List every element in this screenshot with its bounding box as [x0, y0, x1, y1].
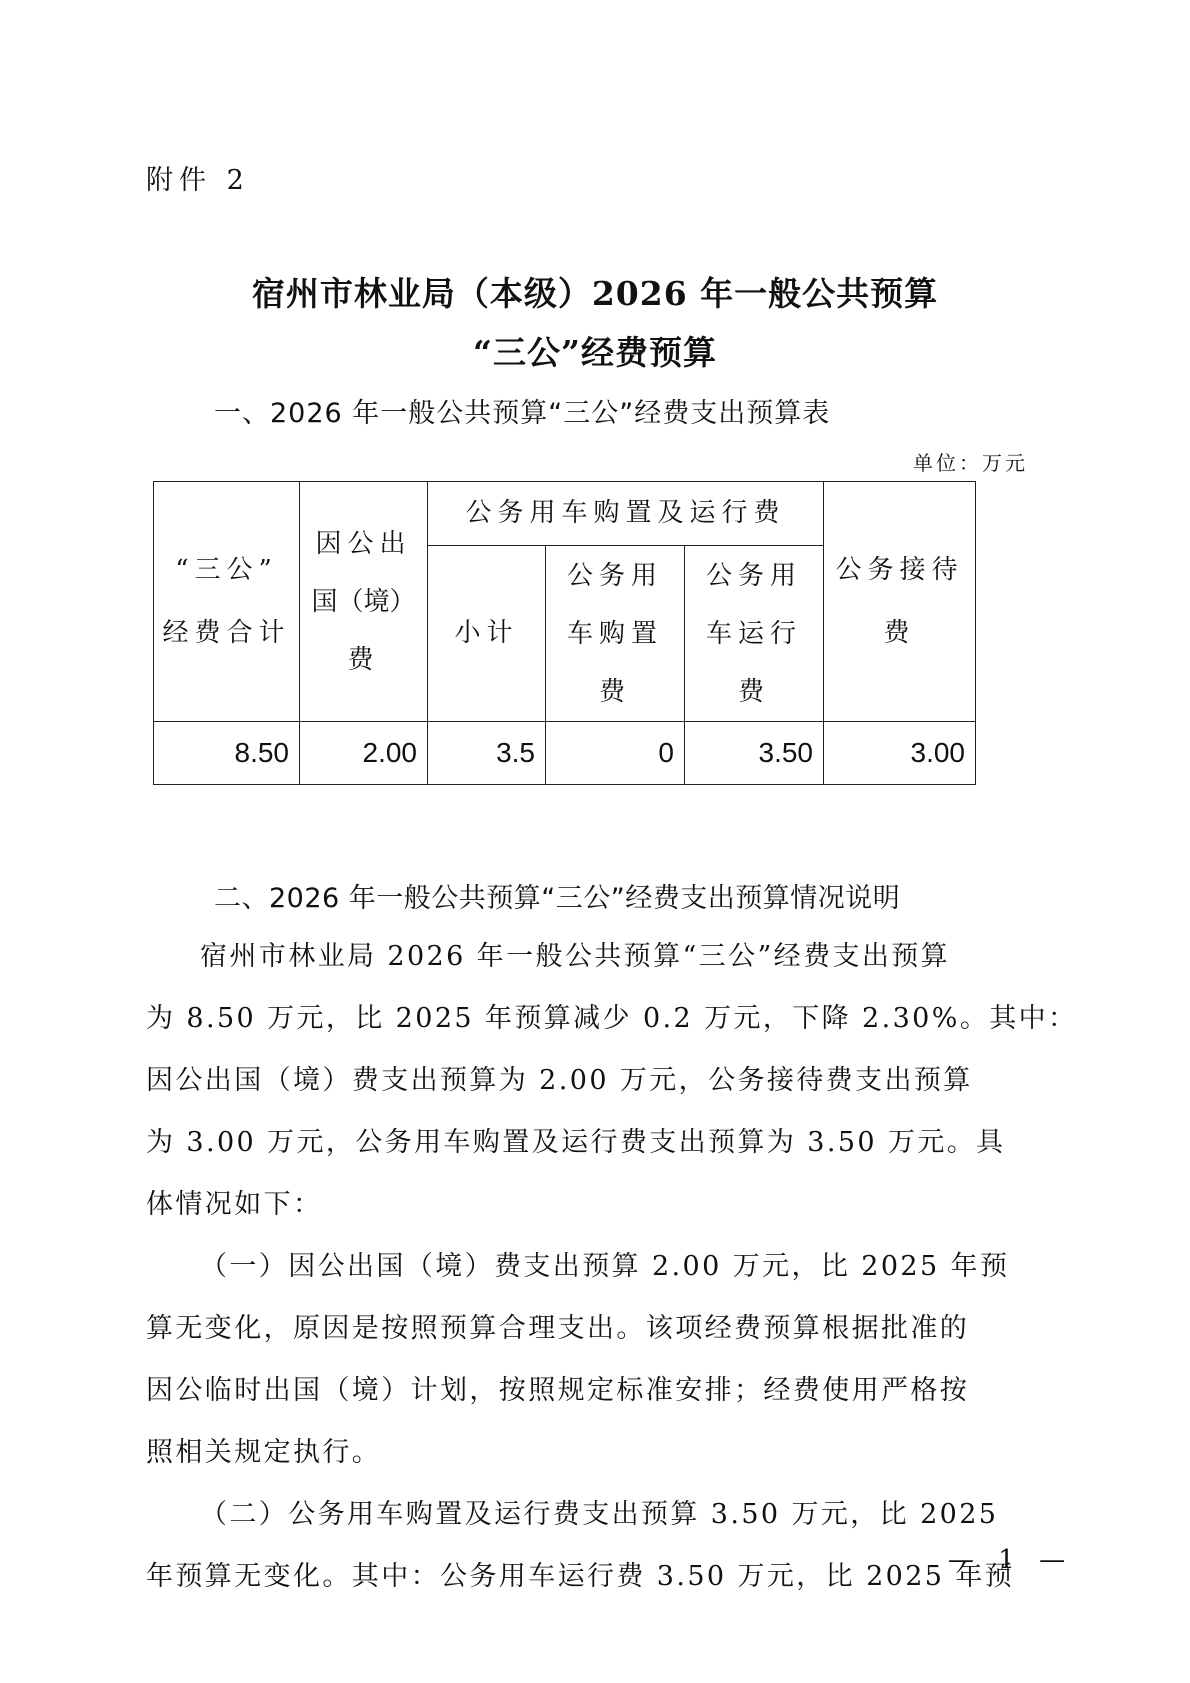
paragraph-line: 因公临时出国（境）计划，按照规定标准安排；经费使用严格按 — [146, 1360, 1036, 1422]
paragraph-line: 算无变化，原因是按照预算合理支出。该项经费预算根据批准的 — [146, 1298, 1036, 1360]
cell-vehicle-operation: 3.50 — [685, 722, 824, 785]
header-vehicle-purchase-line-2: 车购置 — [546, 605, 684, 663]
paragraph-line: （一）因公出国（境）费支出预算 2.00 万元，比 2025 年预 — [146, 1236, 1036, 1298]
header-vehicle-operation-line-1: 公务用 — [685, 547, 823, 605]
header-total-line-1: “三公” — [154, 539, 299, 602]
paragraph-line: 体情况如下： — [146, 1174, 1036, 1236]
header-reception-line-2: 费 — [824, 602, 975, 665]
document-title-line-1: 宿州市林业局（本级）2026 年一般公共预算 — [0, 268, 1190, 315]
header-overseas-line-3: 费 — [300, 631, 427, 689]
header-vehicle-operation: 公务用 车运行 费 — [685, 546, 824, 722]
header-overseas: 因公出 国（境） 费 — [300, 482, 428, 722]
paragraph-line: 因公出国（境）费支出预算为 2.00 万元，公务接待费支出预算 — [146, 1050, 1036, 1112]
attachment-label: 附件 2 — [146, 158, 250, 197]
budget-table: “三公” 经费合计 因公出 国（境） 费 公务用车购置及运行费 公务接待 费 小… — [153, 481, 976, 785]
paragraph-line: （二）公务用车购置及运行费支出预算 3.50 万元，比 2025 — [146, 1484, 1036, 1546]
header-overseas-line-1: 因公出 — [300, 515, 427, 573]
document-title-line-2: “三公”经费预算 — [0, 327, 1190, 374]
header-total: “三公” 经费合计 — [154, 482, 300, 722]
header-reception-line-1: 公务接待 — [824, 539, 975, 602]
header-vehicle-purchase-line-1: 公务用 — [546, 547, 684, 605]
cell-subtotal: 3.5 — [428, 722, 546, 785]
page-number: — 1 — — [948, 1545, 1073, 1575]
paragraph-line: 宿州市林业局 2026 年一般公共预算“三公”经费支出预算 — [146, 926, 1036, 988]
section-2-body: 宿州市林业局 2026 年一般公共预算“三公”经费支出预算 为 8.50 万元，… — [146, 926, 1036, 1608]
header-total-line-2: 经费合计 — [154, 602, 299, 665]
header-reception: 公务接待 费 — [824, 482, 976, 722]
section-1-heading: 一、2026 年一般公共预算“三公”经费支出预算表 — [214, 391, 830, 430]
paragraph-line: 照相关规定执行。 — [146, 1422, 1036, 1484]
header-overseas-line-2: 国（境） — [300, 573, 427, 631]
unit-label: 单位：万元 — [913, 447, 1028, 476]
header-vehicle-group: 公务用车购置及运行费 — [428, 482, 824, 546]
paragraph-line: 为 8.50 万元，比 2025 年预算减少 0.2 万元，下降 2.30%。其… — [146, 988, 1036, 1050]
table-row: 8.50 2.00 3.5 0 3.50 3.00 — [154, 722, 976, 785]
section-2-heading: 二、2026 年一般公共预算“三公”经费支出预算情况说明 — [214, 876, 900, 915]
header-vehicle-purchase-line-3: 费 — [546, 663, 684, 721]
header-vehicle-purchase: 公务用 车购置 费 — [546, 546, 685, 722]
cell-overseas: 2.00 — [300, 722, 428, 785]
header-vehicle-operation-line-2: 车运行 — [685, 605, 823, 663]
cell-vehicle-purchase: 0 — [546, 722, 685, 785]
paragraph-line: 年预算无变化。其中：公务用车运行费 3.50 万元，比 2025 年预 — [146, 1546, 1036, 1608]
header-subtotal: 小计 — [428, 546, 546, 722]
cell-total: 8.50 — [154, 722, 300, 785]
paragraph-line: 为 3.00 万元，公务用车购置及运行费支出预算为 3.50 万元。具 — [146, 1112, 1036, 1174]
cell-reception: 3.00 — [824, 722, 976, 785]
header-vehicle-operation-line-3: 费 — [685, 663, 823, 721]
